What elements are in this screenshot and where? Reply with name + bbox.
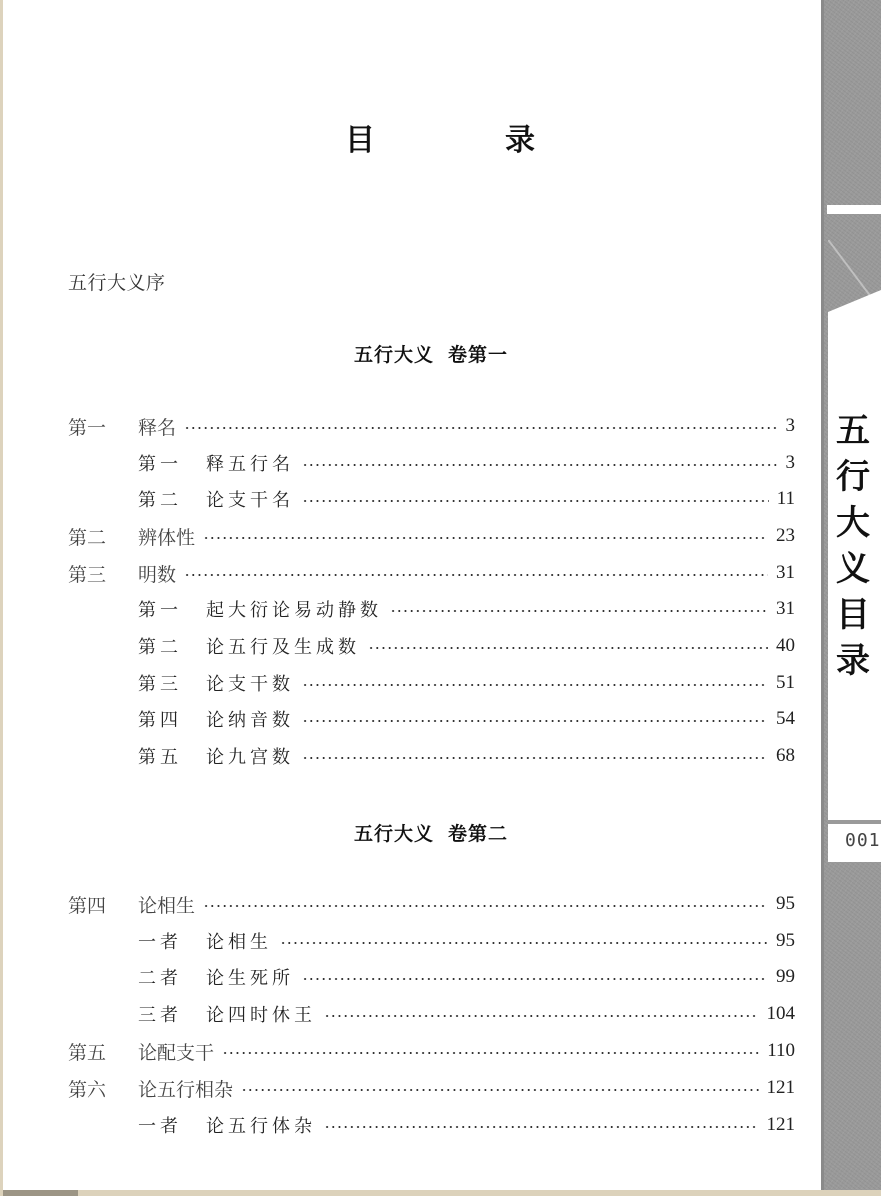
- side-title-char: 五: [836, 408, 881, 454]
- toc-entry-number: 第四: [68, 891, 138, 918]
- toc-entry-title: 释五行名: [206, 450, 294, 476]
- toc-entry-title: 辨体性: [138, 523, 195, 550]
- toc-entry[interactable]: 第三 明数 31: [68, 558, 795, 588]
- side-title-char: 大: [836, 500, 881, 546]
- toc-entry-number: 第一: [138, 596, 206, 622]
- toc-entry-title: 论五行相杂: [138, 1075, 233, 1102]
- toc-entry-title: 起大衍论易动静数: [206, 596, 382, 622]
- toc-sub-entry[interactable]: 第五 论九宫数 68: [138, 741, 795, 771]
- toc-entry[interactable]: 第一 释名 3: [68, 411, 795, 441]
- toc-entry-page: 11: [777, 488, 795, 510]
- toc-entry-page: 121: [767, 1077, 796, 1099]
- dot-leader: [302, 978, 768, 980]
- toc-entry-page: 104: [767, 1003, 796, 1025]
- toc-entry-page: 95: [776, 930, 795, 952]
- side-title-char: 录: [836, 638, 881, 684]
- dot-leader: [222, 1052, 759, 1054]
- toc-entry-number: 第六: [68, 1075, 138, 1102]
- toc-entry-title: 论纳音数: [206, 706, 294, 732]
- toc-entry-title: 论相生: [206, 928, 272, 954]
- page-title: 目 录: [340, 112, 540, 162]
- page-title-char-1: 目: [340, 115, 380, 159]
- toc-sub-entry[interactable]: 第三 论支干数 51: [138, 668, 795, 698]
- page-bottom-edge: [0, 1190, 881, 1196]
- toc-sub-entry[interactable]: 一者 论五行体杂 121: [138, 1110, 795, 1140]
- toc-entry-page: 51: [776, 672, 795, 694]
- dot-leader: [184, 574, 768, 576]
- toc-entry-page: 31: [776, 562, 795, 584]
- dot-leader: [324, 1015, 759, 1017]
- dot-leader: [302, 500, 769, 502]
- toc-entry-title: 论生死所: [206, 964, 294, 990]
- side-band-rule: [821, 0, 824, 1190]
- toc-entry-number: 一者: [138, 928, 206, 954]
- dot-leader: [302, 757, 768, 759]
- toc-entry-page: 95: [776, 893, 795, 915]
- toc-entry-title: 论九宫数: [206, 743, 294, 769]
- toc-sub-entry[interactable]: 三者 论四时休王 104: [138, 999, 795, 1029]
- toc-entry-title: 明数: [138, 560, 176, 587]
- volume-2-label: 卷第二: [448, 823, 508, 845]
- toc-preface-entry[interactable]: 五行大义序: [68, 268, 166, 295]
- toc-entry-title: 论四时休王: [206, 1001, 316, 1027]
- toc-sub-entry[interactable]: 第二 论五行及生成数 40: [138, 631, 795, 661]
- toc-sub-entry[interactable]: 第二 论支干名 11: [138, 484, 795, 514]
- dot-leader: [324, 1126, 759, 1128]
- toc-entry-page: 68: [776, 745, 795, 767]
- dot-leader: [302, 464, 777, 466]
- toc-entry-number: 第二: [138, 486, 206, 512]
- toc-entry-number: 第五: [138, 743, 206, 769]
- toc-entry-page: 121: [767, 1114, 796, 1136]
- toc-entry-number: 第一: [138, 450, 206, 476]
- volume-1-book-name: 五行大义: [354, 344, 434, 366]
- toc-entry-title: 论五行体杂: [206, 1112, 316, 1138]
- toc-sub-entry[interactable]: 二者 论生死所 99: [138, 962, 795, 992]
- side-title-char: 行: [836, 454, 881, 500]
- toc-entry[interactable]: 第五 论配支干 110: [68, 1036, 795, 1066]
- toc-sub-entry[interactable]: 第一 释五行名 3: [138, 448, 795, 478]
- volume-2-heading: 五行大义卷第二: [0, 819, 862, 846]
- toc-entry[interactable]: 第六 论五行相杂 121: [68, 1073, 795, 1103]
- toc-entry-title: 论相生: [138, 891, 195, 918]
- toc-entry-number: 第三: [68, 560, 138, 587]
- toc-entry-page: 3: [785, 452, 795, 474]
- toc-entry-number: 二者: [138, 964, 206, 990]
- dot-leader: [203, 537, 768, 539]
- bottom-edge-mark: [3, 1190, 78, 1196]
- toc-entry-number: 第二: [68, 523, 138, 550]
- page-title-char-2: 录: [500, 115, 540, 159]
- toc-entry-number: 第二: [138, 633, 206, 659]
- toc-sub-entry[interactable]: 一者 论相生 95: [138, 926, 795, 956]
- dot-leader: [302, 720, 768, 722]
- dot-leader: [368, 647, 768, 649]
- dot-leader: [241, 1089, 758, 1091]
- toc-entry-title: 论支干数: [206, 670, 294, 696]
- dot-leader: [280, 942, 768, 944]
- toc-entry-title: 论配支干: [138, 1038, 214, 1065]
- side-white-bar: [827, 205, 881, 214]
- dot-leader: [390, 610, 768, 612]
- volume-1-label: 卷第一: [448, 344, 508, 366]
- dot-leader: [184, 427, 777, 429]
- toc-entry-title: 论五行及生成数: [206, 633, 360, 659]
- toc-entry-number: 第四: [138, 706, 206, 732]
- volume-2-book-name: 五行大义: [354, 823, 434, 845]
- toc-sub-entry[interactable]: 第四 论纳音数 54: [138, 704, 795, 734]
- toc-entry-page: 99: [776, 966, 795, 988]
- toc-entry-page: 110: [767, 1040, 795, 1062]
- side-title-char: 目: [836, 592, 881, 638]
- toc-entry-page: 40: [776, 635, 795, 657]
- toc-entry-title: 释名: [138, 413, 176, 440]
- volume-1-heading: 五行大义卷第一: [0, 340, 862, 367]
- toc-entry-number: 第五: [68, 1038, 138, 1065]
- toc-entry-page: 54: [776, 708, 795, 730]
- toc-entry-page: 31: [776, 598, 795, 620]
- side-vertical-title: 五 行 大 义 目 录: [836, 408, 881, 684]
- toc-entry-number: 第三: [138, 670, 206, 696]
- dot-leader: [302, 684, 768, 686]
- toc-sub-entry[interactable]: 第一 起大衍论易动静数 31: [138, 594, 795, 624]
- toc-entry-title: 论支干名: [206, 486, 294, 512]
- toc-entry-number: 三者: [138, 1001, 206, 1027]
- page-number: 001: [845, 830, 881, 851]
- toc-entry-page: 3: [785, 415, 795, 437]
- toc-entry-page: 23: [776, 525, 795, 547]
- side-title-char: 义: [836, 546, 881, 592]
- toc-entry[interactable]: 第二 辨体性 23: [68, 521, 795, 551]
- page-left-edge: [0, 0, 3, 1196]
- toc-entry[interactable]: 第四 论相生 95: [68, 889, 795, 919]
- toc-entry-number: 一者: [138, 1112, 206, 1138]
- dot-leader: [203, 905, 768, 907]
- toc-entry-number: 第一: [68, 413, 138, 440]
